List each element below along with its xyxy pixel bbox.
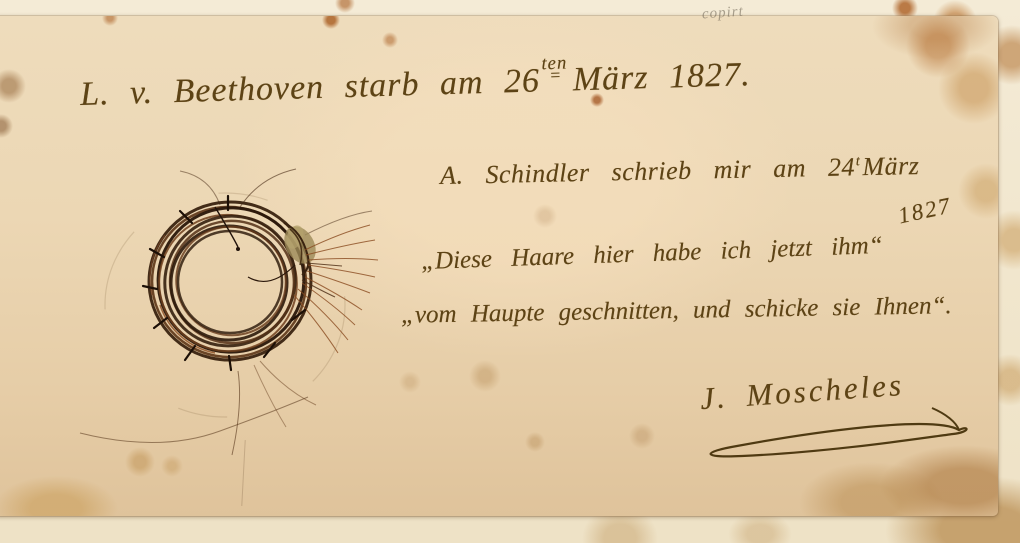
- line2-month: März: [862, 151, 920, 181]
- stray-hair: [305, 211, 372, 235]
- pencil-inscription: copirt: [701, 4, 744, 24]
- superscript-ten: ten=: [541, 57, 568, 81]
- stray-hair: [80, 397, 308, 443]
- stray-hair: [260, 361, 316, 405]
- hair-lock: [70, 165, 390, 465]
- line1-date: März 1827.: [572, 56, 751, 98]
- superscript-t: t: [856, 154, 861, 170]
- stray-hair: [254, 365, 286, 427]
- stray-hair: [232, 371, 240, 455]
- photograph-of-note: L. v. Beethoven starb am 26ten=März 1827…: [0, 0, 1020, 543]
- signature-flourish: [680, 400, 980, 470]
- stray-hair: [240, 169, 296, 207]
- hair-coil: [137, 187, 324, 373]
- stray-hair: [180, 171, 220, 205]
